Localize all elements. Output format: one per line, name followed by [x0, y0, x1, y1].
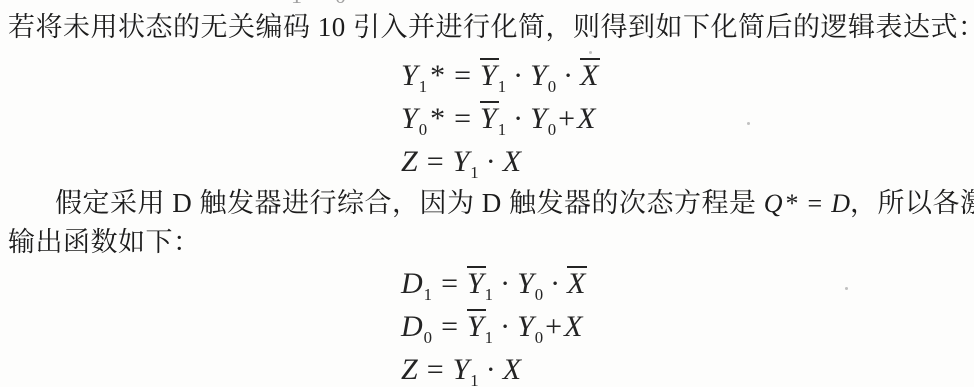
math-variable: Y1 — [467, 267, 493, 300]
math-operator: · — [513, 102, 523, 135]
equation-block-excitation: D1=Y1·Y0·X D0=Y1·Y0+X Z=Y1·X — [401, 262, 585, 387]
equation-z-output: Z=Y1·X — [401, 348, 585, 387]
math-variable: Y0 — [517, 310, 543, 343]
math-variable: X — [567, 267, 585, 300]
math-variable: Z — [401, 353, 418, 386]
paragraph-line: 假定采用 D 触发器进行综合，因为 D 触发器的次态方程是 Q*=D，所以各激励… — [8, 184, 974, 223]
math-variable: Y0 — [517, 267, 543, 300]
math-operator: = — [808, 189, 823, 218]
cropped-line-fragment: 1 0 — [283, 0, 373, 7]
math-variable: Y1* — [401, 59, 445, 92]
cropped-subscript-digit: 0 — [335, 0, 346, 7]
math-operator: = — [454, 59, 471, 92]
math-operator: · — [563, 59, 573, 92]
math-variable: D1 — [401, 267, 432, 300]
paragraph-text-before-math: 假定采用 D 触发器进行综合，因为 D 触发器的次态方程是 — [55, 188, 764, 218]
equation-d0-excitation: D0=Y1·Y0+X — [401, 305, 585, 348]
scan-speck — [589, 51, 592, 54]
math-operator: · — [486, 145, 496, 178]
math-variable: X — [503, 353, 521, 386]
scan-speck — [845, 287, 848, 290]
math-variable: Y1 — [453, 353, 479, 386]
math-operator: · — [500, 267, 510, 300]
math-variable: Y0 — [530, 102, 556, 135]
math-variable: X — [580, 59, 598, 92]
math-variable: X — [564, 310, 582, 343]
math-variable: Y1 — [467, 310, 493, 343]
math-operator: = — [441, 267, 458, 300]
equation-d1-excitation: D1=Y1·Y0·X — [401, 262, 585, 305]
math-variable: X — [503, 145, 521, 178]
math-operator: = — [441, 310, 458, 343]
math-variable: D0 — [401, 310, 432, 343]
paragraph-line: 输出函数如下： — [8, 223, 974, 261]
math-variable: Y1 — [453, 145, 479, 178]
paragraph-intro-simplified-expressions: 若将未用状态的无关编码 10 引入并进行化简，则得到如下化简后的逻辑表达式： — [8, 11, 974, 43]
math-variable: D — [831, 189, 850, 218]
math-variable: Y0* — [401, 102, 445, 135]
equation-z-output: Z=Y1·X — [401, 140, 598, 183]
scan-speck — [747, 122, 750, 125]
scanned-document-page: 1 0 若将未用状态的无关编码 10 引入并进行化简，则得到如下化简后的逻辑表达… — [0, 0, 974, 387]
math-operator: = — [454, 102, 471, 135]
math-variable: Z — [401, 145, 418, 178]
inline-equation-q-next-equals-d: Q*=D — [764, 189, 850, 218]
paragraph-text-after-math: ，所以各激励函数和 — [850, 188, 974, 218]
cropped-subscript-digit: 1 — [291, 0, 302, 7]
equation-y1-next: Y1*=Y1·Y0·X — [401, 54, 598, 97]
math-operator: · — [486, 353, 496, 386]
math-variable: Q* — [764, 189, 799, 218]
math-operator: · — [500, 310, 510, 343]
math-operator: · — [550, 267, 560, 300]
math-operator: + — [545, 310, 562, 343]
math-variable: Y1 — [480, 102, 506, 135]
equation-block-simplified: Y1*=Y1·Y0·X Y0*=Y1·Y0+X Z=Y1·X — [401, 54, 598, 183]
math-variable: Y1 — [480, 59, 506, 92]
math-operator: · — [513, 59, 523, 92]
math-operator: + — [558, 102, 575, 135]
paragraph-d-flipflop-synthesis: 假定采用 D 触发器进行综合，因为 D 触发器的次态方程是 Q*=D，所以各激励… — [8, 184, 974, 261]
math-operator: = — [427, 353, 444, 386]
math-variable: X — [577, 102, 595, 135]
equation-y0-next: Y0*=Y1·Y0+X — [401, 97, 598, 140]
math-variable: Y0 — [530, 59, 556, 92]
math-operator: = — [427, 145, 444, 178]
